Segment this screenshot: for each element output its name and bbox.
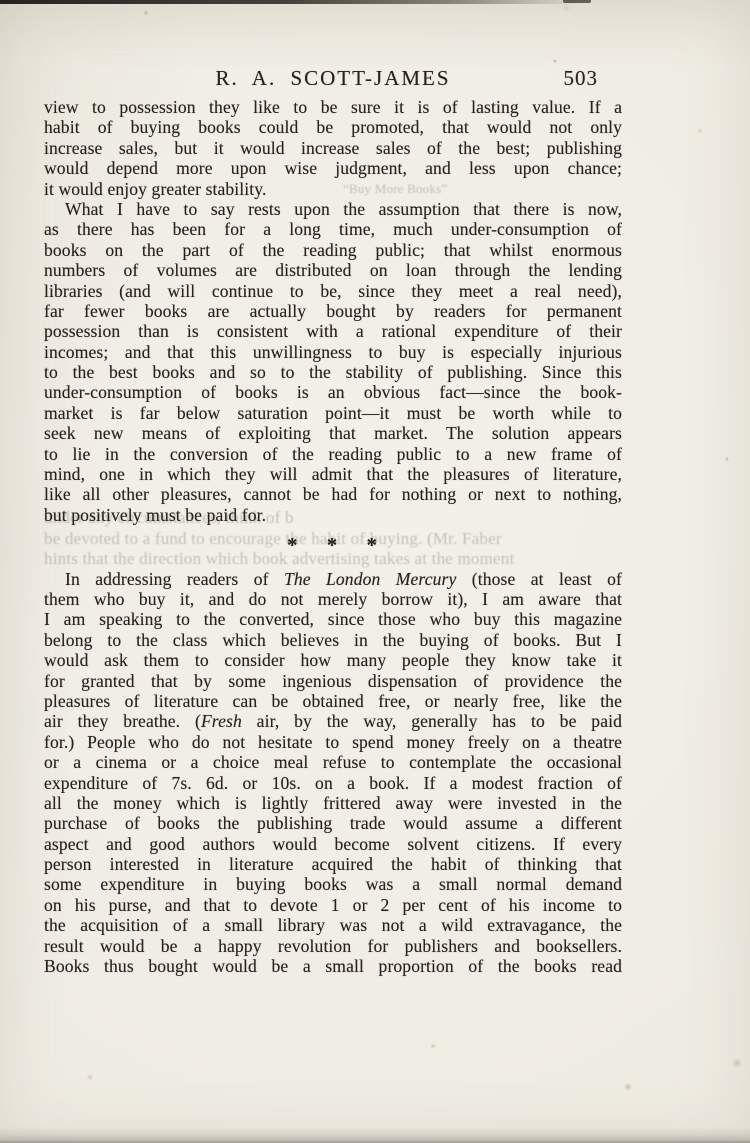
running-header: R. A. SCOTT-JAMES 503 (44, 66, 622, 88)
text-line: Books thus bought would be a small propo… (44, 956, 622, 976)
text-line: result would be a happy revolution for p… (44, 936, 622, 956)
text-line: aspect and good authors would become sol… (44, 834, 622, 854)
page-top-edge (0, 0, 750, 4)
text-line: view to possession they like to be sure … (44, 97, 622, 117)
text-line: incomes; and that this unwillingness to … (44, 342, 622, 362)
section-break-asterisks: * * * (44, 535, 622, 555)
text-line: numbers of volumes are distributed on lo… (44, 260, 622, 280)
text-line: for.) People who do not hesitate to spen… (44, 732, 622, 752)
text-line: it would enjoy greater stability. (44, 179, 622, 199)
book-page-scan: “Buy More Books”under any circumstances,… (0, 0, 750, 1143)
page-number: 503 (564, 66, 599, 91)
text-line: or a cinema or a choice meal refuse to c… (44, 752, 622, 772)
text-line: under-consumption of books is an obvious… (44, 382, 622, 402)
text-line: increase sales, but it would increase sa… (44, 138, 622, 158)
paragraph: view to possession they like to be sure … (44, 97, 622, 199)
text-line: air they breathe. (Fresh air, by the way… (44, 711, 622, 731)
text-line: but positively must be paid for. (44, 505, 622, 525)
text-line: on his purse, and that to devote 1 or 2 … (44, 895, 622, 915)
body-text: view to possession they like to be sure … (44, 97, 622, 976)
text-line: market is far below saturation point—it … (44, 403, 622, 423)
text-line: In addressing readers of The London Merc… (44, 569, 622, 589)
text-line: I am speaking to the converted, since th… (44, 609, 622, 629)
paragraph: In addressing readers of The London Merc… (44, 569, 622, 977)
text-line: for granted that by some ingenious dispe… (44, 671, 622, 691)
text-line: books on the part of the reading public;… (44, 240, 622, 260)
text-line: habit of buying books could be promoted,… (44, 117, 622, 137)
text-line: to the best books and so to the stabilit… (44, 362, 622, 382)
text-line: mind, one in which they will admit that … (44, 464, 622, 484)
text-line: like all other pleasures, cannot be had … (44, 484, 622, 504)
text-line: as there has been for a long time, much … (44, 219, 622, 239)
text-line: the acquisition of a small library was n… (44, 915, 622, 935)
text-line: belong to the class which believes in th… (44, 630, 622, 650)
text-line: possession than is consistent with a rat… (44, 321, 622, 341)
text-line: far fewer books are actually bought by r… (44, 301, 622, 321)
text-line: would depend more upon wise judgment, an… (44, 158, 622, 178)
text-line: some expenditure in buying books was a s… (44, 874, 622, 894)
text-line: would ask them to consider how many peop… (44, 650, 622, 670)
text-line: all the money which is lightly frittered… (44, 793, 622, 813)
author-name: R. A. SCOTT-JAMES (44, 66, 622, 91)
text-line: What I have to say rests upon the assump… (44, 199, 622, 219)
page-bottom-edge (0, 1127, 750, 1143)
text-line: libraries (and will continue to be, sinc… (44, 281, 622, 301)
text-line: pleasures of literature can be obtained … (44, 691, 622, 711)
text-line: purchase of books the publishing trade w… (44, 813, 622, 833)
paragraph: What I have to say rests upon the assump… (44, 199, 622, 525)
text-line: them who buy it, and do not merely borro… (44, 589, 622, 609)
text-line: person interested in literature acquired… (44, 854, 622, 874)
text-line: expenditure of 7s. 6d. or 10s. on a book… (44, 773, 622, 793)
text-line: seek new means of exploiting that market… (44, 423, 622, 443)
text-line: to lie in the conversion of the reading … (44, 444, 622, 464)
